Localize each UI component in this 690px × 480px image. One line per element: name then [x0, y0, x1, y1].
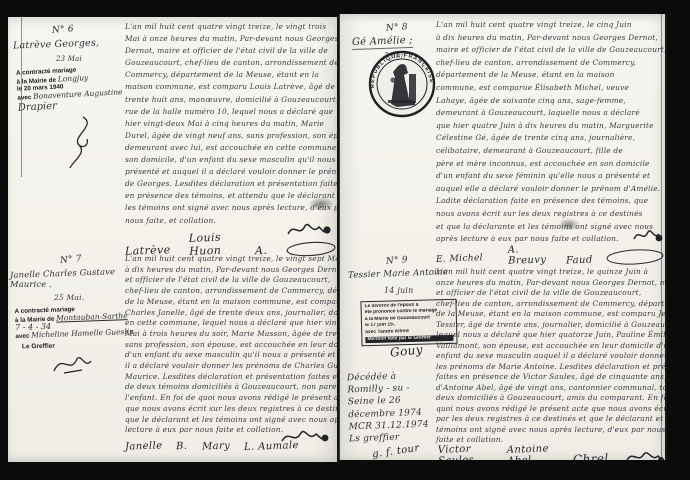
- act-line: que hier quatre Juin à dix heures du mat…: [436, 120, 662, 133]
- act-line: Vaillamont, son épouse, est accouchée en…: [436, 341, 662, 352]
- margin-date: 25 Mai.: [54, 293, 84, 302]
- left-register-page: N° 6 Latrève Georges, 23 Mai A contracté…: [8, 17, 339, 462]
- margin-name: Latrève Georges,: [13, 37, 100, 51]
- act-line: Charles Janelle, âgé de trente deux ans,…: [125, 308, 333, 319]
- act-line: trente huit ans, manœuvre, domicilié à G…: [125, 94, 333, 106]
- act-line: Lahaye, âgée de soixante cinq ans, sage-…: [436, 95, 662, 108]
- ink-smudge: [308, 197, 334, 211]
- act-line: chef-lieu de canton, arrondissement de C…: [125, 286, 333, 297]
- act-line: demeurant à Gouzeaucourt, laquelle nous …: [436, 107, 662, 120]
- act-line: il a déclaré vouloir donner les prénoms …: [125, 361, 333, 372]
- act-line: Gouzeaucourt, chef-lieu de canton, arron…: [125, 57, 333, 69]
- act-line: et officier de l'état civil de la ville …: [125, 275, 333, 286]
- signature: Antoine Abel: [506, 443, 558, 460]
- act-line: enfant du sexe masculin auquel il a décl…: [436, 351, 662, 362]
- act-line: à dix heures du matin, Par-devant nous G…: [436, 32, 662, 45]
- act-line: demeurant avec lui, est accouchée en cet…: [125, 142, 333, 154]
- act-line: célibataire, demeurant à Gouzeaucourt, f…: [436, 145, 662, 158]
- act-line: témoins ont signé avec nous après lectur…: [436, 425, 662, 436]
- act-line: et officier de l'état civil de la ville …: [436, 288, 662, 299]
- act-line: lequel nous a déclaré que hier quatorze …: [436, 330, 662, 341]
- act-line: les témoins ont signé avec nous après le…: [125, 202, 333, 214]
- act-line: rue de la halle numéro 10, lequel nous a…: [125, 106, 333, 118]
- act-line: Ladite déclaration faite en présence des…: [436, 195, 662, 208]
- stamp-handwritten-fill: Montauban-Sarthe: [56, 311, 128, 322]
- margin-flourish-icon: [63, 115, 103, 171]
- act-body: L'an mil huit cent quatre vingt treize, …: [436, 19, 662, 247]
- act-line: que le déclarant et les témoins ont sign…: [125, 415, 333, 426]
- act-line: Mai à trois heures du soir, Marie Masson…: [125, 329, 333, 340]
- act-line: d'un enfant du sexe féminin qu'elle nous…: [436, 170, 662, 183]
- act-line: quoi nous avons rédigé le présent acte q…: [436, 404, 662, 415]
- act-line: maire et officier de l'état civil de la …: [436, 44, 662, 57]
- act-line: l'enfant. En foi de quoi nous avons rédi…: [125, 393, 333, 404]
- act-line: de deux témoins domiciliés à Gouzeaucour…: [125, 382, 333, 393]
- act-line: par les deux registres à ce destinés et …: [436, 414, 662, 425]
- signature: E. Michel: [436, 253, 483, 265]
- act-line: auquel elle a déclaré vouloir donner le …: [436, 183, 662, 196]
- act-body: L'an mil huit cent quatre vingt treize, …: [436, 267, 662, 445]
- act-number: N° 8: [386, 22, 408, 33]
- act-line: et que la déclarante et les témoins ont …: [436, 221, 662, 234]
- act-line: Commercy, département de la Meuse, étant…: [125, 69, 333, 81]
- right-register-page: N° 8 Gé Amélie ; 7 juin RÉPUBLIQUE FRANÇ…: [339, 14, 667, 460]
- act-line: commune, est comparue Élisabeth Michel, …: [436, 82, 662, 95]
- stamp-line: avec Micheline Hamelle Gueslin: [15, 328, 134, 341]
- act-line: les prénoms de Marie Antoine. Lesdites d…: [436, 362, 662, 373]
- act-line: Mai à onze heures du matin, Par-devant n…: [125, 33, 333, 45]
- officer-paraph-icon: [632, 226, 664, 246]
- act-line: Célestine Gé, âgée de trente cinq ans, j…: [436, 132, 662, 145]
- act-line: d'Antoine Abel, âgé de vingt ans, canton…: [436, 383, 662, 394]
- act-line: faites en présence de Victor Saules, âgé…: [436, 372, 662, 383]
- page-edge-line: [661, 14, 662, 460]
- act-line: à dix heures du matin, Par-devant nous G…: [125, 265, 333, 276]
- margin-date: 23 Mai: [56, 55, 82, 63]
- act-line: L'an mil huit cent quatre vingt treize, …: [125, 254, 333, 265]
- signature: Janelle: [125, 440, 163, 452]
- ink-smudge: [558, 218, 580, 231]
- act-line: en cette commune, lequel nous a déclaré …: [125, 318, 333, 329]
- signature: Faud: [566, 255, 593, 267]
- act-line: Tessier, âgé de trente ans, journalier, …: [436, 320, 662, 331]
- officer-paraph-icon: [625, 448, 665, 460]
- stamp-text: avec: [15, 332, 29, 339]
- act-line: deux domiciliés à Gouzeaucourt, amis du …: [436, 393, 662, 404]
- act-line: de la Meuse, étant en la maison commune,…: [125, 297, 333, 308]
- margin-signature: Gouy: [389, 342, 423, 359]
- margin-date: 14 juin: [384, 286, 413, 295]
- signature-row: Victor Saules Antoine Abel Chrel: [438, 444, 665, 460]
- clerk-stamp: Le Greffier: [22, 343, 55, 351]
- death-note-signature: g. f. tour: [371, 443, 420, 460]
- act-line: L'an mil huit cent quatre vingt treize, …: [436, 19, 662, 32]
- act-number: N° 6: [52, 24, 74, 35]
- signature-row: A. Breuvy Faud: [508, 244, 665, 266]
- act-line: Maurice. Lesdites déclaration et présent…: [125, 372, 333, 383]
- act-line: père et mère inconnus, est accouchée en …: [436, 158, 662, 171]
- death-mention-note: Décédée àRomilly - su -Seine le 26décemb…: [347, 370, 430, 446]
- act-line: chef-lieu de canton, arrondissement de C…: [436, 299, 662, 310]
- stamp-text: avec: [17, 94, 31, 102]
- act-body: L'an mil huit cent quatre vingt treize, …: [125, 254, 333, 436]
- margin-name-2: Maurice .: [10, 279, 52, 289]
- act-line: maison commune, est comparu Louis Latrèv…: [125, 81, 333, 93]
- register-scan-viewer: { "scan": { "paper_color": "#f5f3ed", "i…: [0, 0, 690, 480]
- marriage-stamp: A contracté mariage à la Mairie de Longj…: [16, 64, 123, 114]
- officer-paraph-icon: [280, 427, 330, 447]
- stamp-handwritten-fill: Longjuy: [58, 73, 89, 84]
- clerk-signature-icon: [50, 351, 94, 377]
- act-body: L'an mil huit cent quatre vingt treize, …: [125, 21, 333, 227]
- signature-row: Janelle B. Mary L. Aumale: [125, 441, 299, 452]
- act-line: son domicile, d'un enfant du sexe mascul…: [125, 154, 333, 166]
- act-line: Durel, âgée de vingt neuf ans, sans prof…: [125, 130, 333, 142]
- act-line: nous avons écrit sur les deux registres …: [436, 208, 662, 221]
- republique-francaise-seal-icon: RÉPUBLIQUE FRANÇAISE: [368, 50, 436, 118]
- act-line: département de la Meuse, étant en la mai…: [436, 69, 662, 82]
- officer-paraph-icon: [286, 220, 332, 240]
- act-number: N° 7: [60, 254, 83, 266]
- act-line: que nous avons écrit sur les deux regist…: [125, 404, 333, 415]
- signature: B.: [176, 441, 188, 452]
- signature: Mary: [202, 441, 231, 453]
- act-number: N° 9: [386, 255, 408, 266]
- margin-name: Janelle Charles Gustave: [10, 266, 115, 280]
- act-line: présenté et auquel il a déclaré vouloir …: [125, 166, 333, 178]
- act-line: sans profession, son épouse, est accouch…: [125, 340, 333, 351]
- act-line: d'un enfant du sexe masculin qu'il nous …: [125, 350, 333, 361]
- act-line: L'an mil huit cent quatre vingt treize, …: [125, 21, 333, 33]
- act-line: de Georges. Lesdites déclaration et prés…: [125, 178, 333, 190]
- margin-name: Gé Amélie ;: [352, 35, 413, 50]
- act-line: onze heures du matin, Par-devant nous Ge…: [436, 278, 662, 289]
- signature-flourish-icon: [605, 248, 665, 266]
- signature: Victor Saules: [438, 443, 491, 460]
- margin-name: Tessier Marie Antoine: [348, 267, 448, 280]
- marriage-stamp: A contracté mariage à la Mairie de Monta…: [14, 304, 134, 340]
- act-line: Dernot, maire et officier de l'état civi…: [125, 45, 333, 57]
- signature: Chrel: [573, 451, 609, 460]
- signature: A. Breuvy: [508, 243, 555, 267]
- act-line: en présence des témoins, et attendu que …: [125, 190, 333, 202]
- act-line: L'an mil huit cent quatre vingt treize, …: [436, 267, 662, 278]
- act-line: de la Meuse, étant en la maison commune,…: [436, 309, 662, 320]
- act-line: chef-lieu de canton, arrondissement de C…: [436, 57, 662, 70]
- act-line: hier vingt-deux Mai à cinq heures du mat…: [125, 118, 333, 130]
